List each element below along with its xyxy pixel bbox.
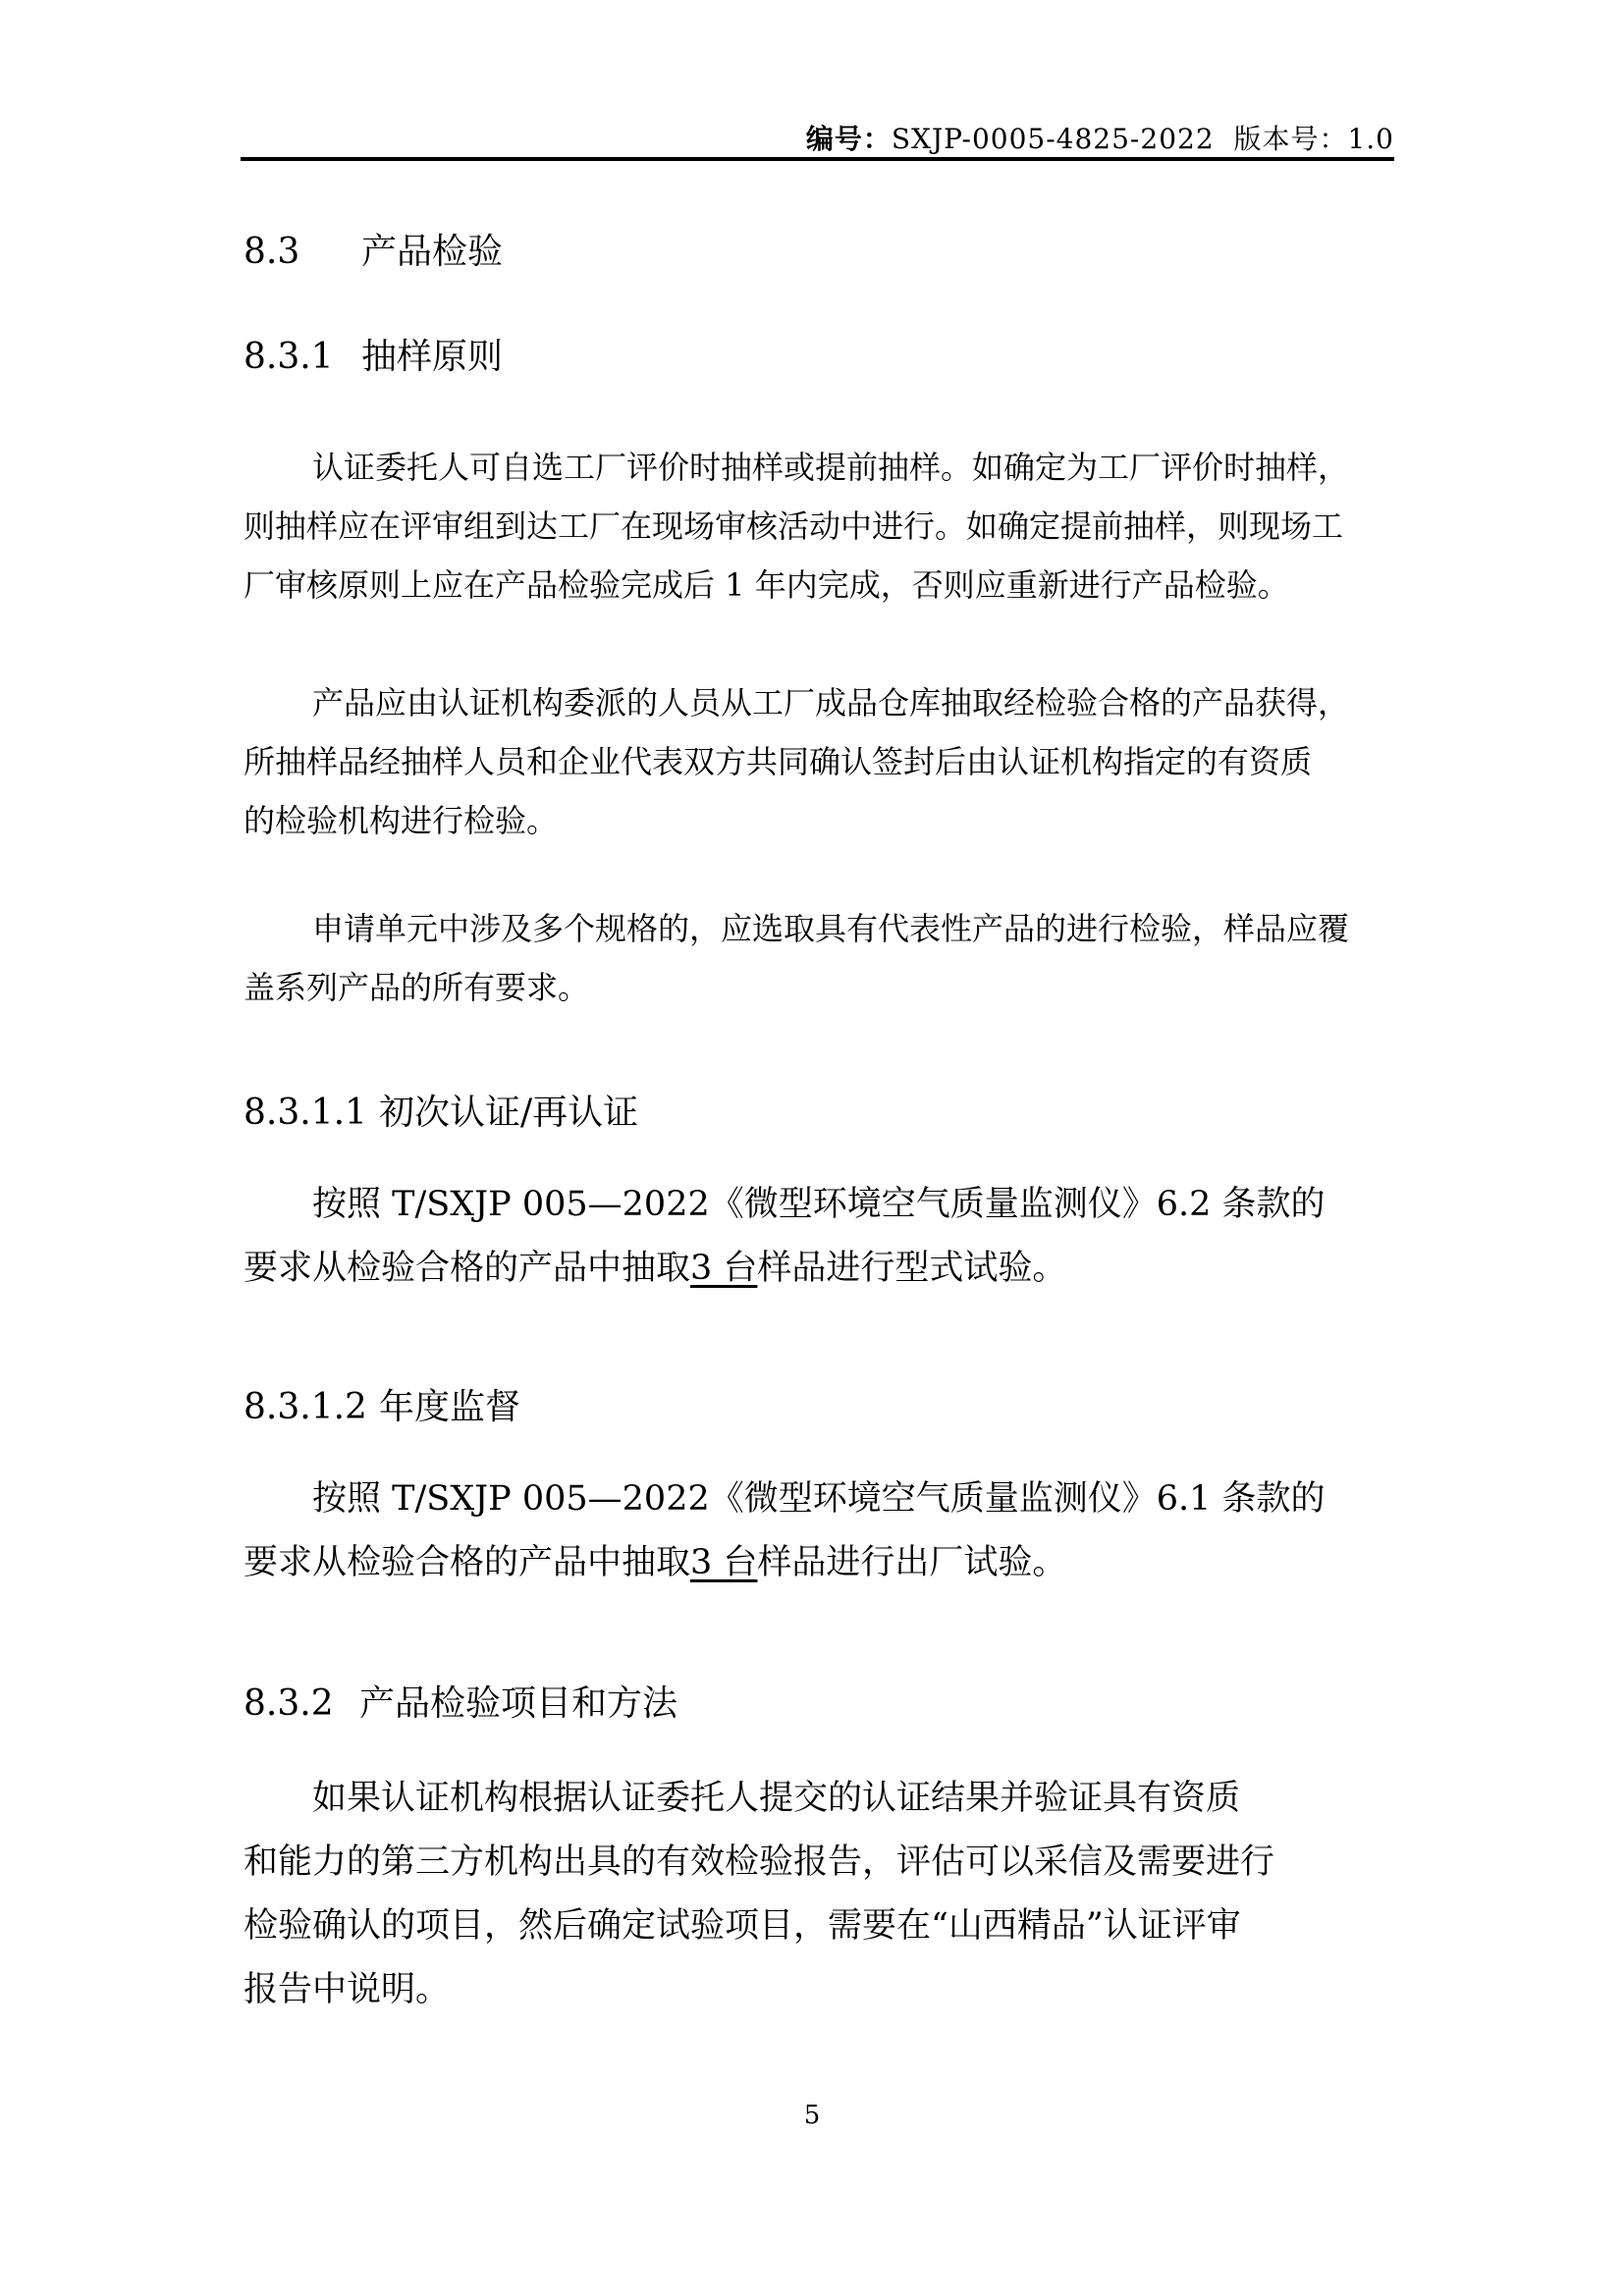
heading-8-3: 8.3产品检验 — [244, 224, 503, 274]
heading-8-3-2: 8.3.2产品检验项目和方法 — [244, 1676, 677, 1726]
heading-number: 8.3.1.1 — [244, 1093, 379, 1133]
heading-number: 8.3 — [244, 232, 361, 272]
text-line: 则抽样应在评审组到达工厂在现场审核活动中进行。如确定提前抽样，则现场工 — [244, 497, 1394, 556]
heading-8-3-1-2: 8.3.1.2年度监督 — [244, 1379, 520, 1429]
paragraph-test-items: 如果认证机构根据认证委托人提交的认证结果并验证具有资质 和能力的第三方机构出具的… — [244, 1767, 1394, 2022]
page-number: 5 — [0, 2101, 1624, 2130]
text-segment: 样品进行型式试验。 — [757, 1249, 1066, 1288]
text-line: 盖系列产品的所有要求。 — [244, 958, 1394, 1017]
paragraph-multiple-specs: 申请单元中涉及多个规格的，应选取具有代表性产品的进行检验，样品应覆 盖系列产品的… — [244, 899, 1394, 1017]
page-header: 编号：SXJP-0005-4825-2022 版本号：1.0 — [241, 110, 1394, 159]
text-line: 按照 T/SXJP 005—2022《微型环境空气质量监测仪》6.1 条款的 — [244, 1468, 1394, 1531]
code-label: 编号： — [806, 123, 892, 155]
text-line: 报告中说明。 — [244, 1958, 1394, 2022]
text-line: 要求从检验合格的产品中抽取3 台样品进行型式试验。 — [244, 1237, 1394, 1301]
paragraph-initial-certification: 按照 T/SXJP 005—2022《微型环境空气质量监测仪》6.2 条款的 要… — [244, 1173, 1394, 1301]
heading-8-3-1-1: 8.3.1.1初次认证/再认证 — [244, 1085, 638, 1135]
text-line: 厂审核原则上应在产品检验完成后 1 年内完成，否则应重新进行产品检验。 — [244, 556, 1394, 614]
heading-title: 产品检验项目和方法 — [359, 1683, 677, 1724]
sample-quantity: 3 台 — [690, 1249, 757, 1288]
text-segment: 要求从检验合格的产品中抽取 — [244, 1543, 690, 1582]
text-line: 检验确认的项目，然后确定试验项目，需要在“山西精品”认证评审 — [244, 1895, 1394, 1958]
document-code: 编号：SXJP-0005-4825-2022 版本号：1.0 — [806, 118, 1394, 157]
version-label: 版本号： — [1233, 123, 1347, 155]
text-segment: 样品进行出厂试验。 — [757, 1543, 1066, 1582]
text-line: 按照 T/SXJP 005—2022《微型环境空气质量监测仪》6.2 条款的 — [244, 1173, 1394, 1237]
paragraph-sampling-source: 产品应由认证机构委派的人员从工厂成品仓库抽取经检验合格的产品获得， 所抽样品经抽… — [244, 673, 1394, 850]
text-line: 所抽样品经抽样人员和企业代表双方共同确认签封后由认证机构指定的有资质 — [244, 732, 1394, 791]
text-line: 的检验机构进行检验。 — [244, 791, 1394, 850]
text-line: 要求从检验合格的产品中抽取3 台样品进行出厂试验。 — [244, 1531, 1394, 1595]
text-line: 如果认证机构根据认证委托人提交的认证结果并验证具有资质 — [244, 1767, 1394, 1831]
sample-quantity: 3 台 — [690, 1543, 757, 1582]
heading-title: 抽样原则 — [361, 337, 503, 377]
heading-8-3-1: 8.3.1抽样原则 — [244, 329, 503, 379]
paragraph-sampling-timing: 认证委托人可自选工厂评价时抽样或提前抽样。如确定为工厂评价时抽样， 则抽样应在评… — [244, 438, 1394, 614]
heading-title: 初次认证/再认证 — [379, 1093, 638, 1133]
code-value: SXJP-0005-4825-2022 — [892, 123, 1215, 155]
heading-number: 8.3.1 — [244, 337, 361, 377]
text-line: 和能力的第三方机构出具的有效检验报告，评估可以采信及需要进行 — [244, 1831, 1394, 1895]
text-segment: 要求从检验合格的产品中抽取 — [244, 1249, 690, 1288]
version-value: 1.0 — [1347, 123, 1394, 155]
text-line: 申请单元中涉及多个规格的，应选取具有代表性产品的进行检验，样品应覆 — [244, 899, 1394, 958]
heading-number: 8.3.1.2 — [244, 1387, 379, 1427]
heading-title: 年度监督 — [379, 1387, 520, 1427]
paragraph-annual-surveillance: 按照 T/SXJP 005—2022《微型环境空气质量监测仪》6.1 条款的 要… — [244, 1468, 1394, 1595]
heading-title: 产品检验 — [361, 232, 503, 272]
text-line: 认证委托人可自选工厂评价时抽样或提前抽样。如确定为工厂评价时抽样， — [244, 438, 1394, 497]
text-line: 产品应由认证机构委派的人员从工厂成品仓库抽取经检验合格的产品获得， — [244, 673, 1394, 732]
heading-number: 8.3.2 — [244, 1683, 359, 1724]
header-divider — [241, 157, 1394, 161]
